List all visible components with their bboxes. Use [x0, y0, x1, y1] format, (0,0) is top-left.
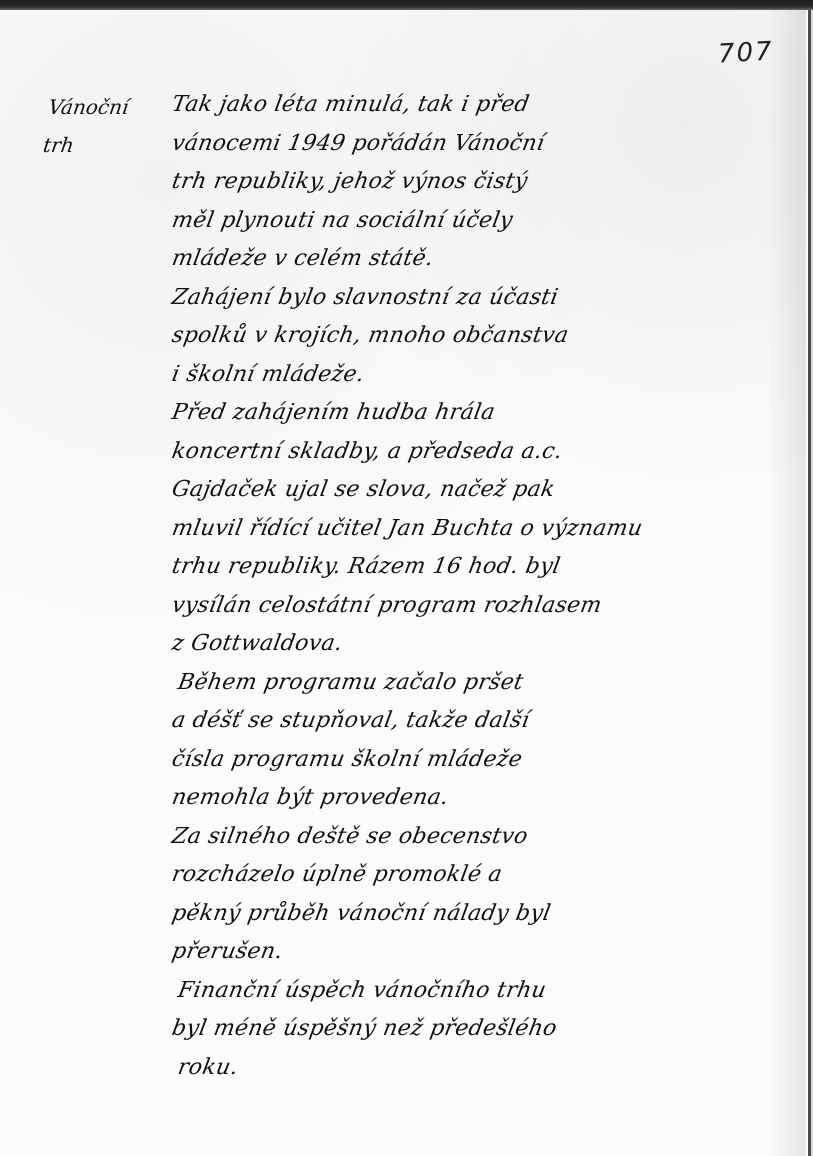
text-line: Před zahájením hudba hrála	[169, 394, 796, 433]
text-line: přerušen.	[169, 933, 796, 972]
text-line: Gajdaček ujal se slova, načež pak	[169, 471, 796, 510]
text-line: spolků v krojích, mnoho občanstva	[169, 317, 796, 356]
text-line: byl méně úspěšný než předešlého	[169, 1010, 796, 1049]
text-line: roku.	[169, 1049, 796, 1088]
text-line: Za silného deště se obecenstvo	[169, 818, 796, 857]
text-line: i školní mládeže.	[169, 356, 796, 395]
text-line: trhu republiky. Rázem 16 hod. byl	[169, 548, 796, 587]
text-line: Během programu začalo pršet	[169, 664, 796, 703]
margin-heading-line: trh	[41, 126, 126, 164]
text-line: Zahájení bylo slavnostní za účasti	[169, 279, 796, 318]
margin-heading-line: Vánoční	[46, 88, 131, 126]
text-line: Tak jako léta minulá, tak i před	[169, 86, 796, 125]
margin-heading: Vánoční trh	[41, 88, 132, 164]
text-line: Finanční úspěch vánočního trhu	[169, 972, 796, 1011]
text-line: mluvil řídící učitel Jan Buchta o význam…	[169, 510, 796, 549]
text-line: pěkný průběh vánoční nálady byl	[169, 895, 796, 934]
page-number: 707	[717, 37, 774, 70]
text-line: nemohla být provedena.	[169, 779, 796, 818]
text-line: vysílán celostátní program rozhlasem	[169, 587, 796, 626]
document-page: 707 Vánoční trh Tak jako léta minulá, ta…	[0, 10, 806, 1156]
text-line: trh republiky, jehož výnos čistý	[169, 163, 796, 202]
text-line: a déšť se stupňoval, takže další	[169, 702, 796, 741]
text-line: mládeže v celém státě.	[169, 240, 796, 279]
text-line: z Gottwaldova.	[169, 625, 796, 664]
scan-top-edge	[0, 0, 813, 10]
text-line: vánocemi 1949 pořádán Vánoční	[169, 125, 796, 164]
text-line: koncertní skladby, a předseda a.c.	[169, 433, 796, 472]
text-line: rozcházelo úplně promoklé a	[169, 856, 796, 895]
text-line: čísla programu školní mládeže	[169, 741, 796, 780]
text-line: měl plynouti na sociální účely	[169, 202, 796, 241]
handwritten-body: Tak jako léta minulá, tak i před vánocem…	[172, 86, 792, 1087]
